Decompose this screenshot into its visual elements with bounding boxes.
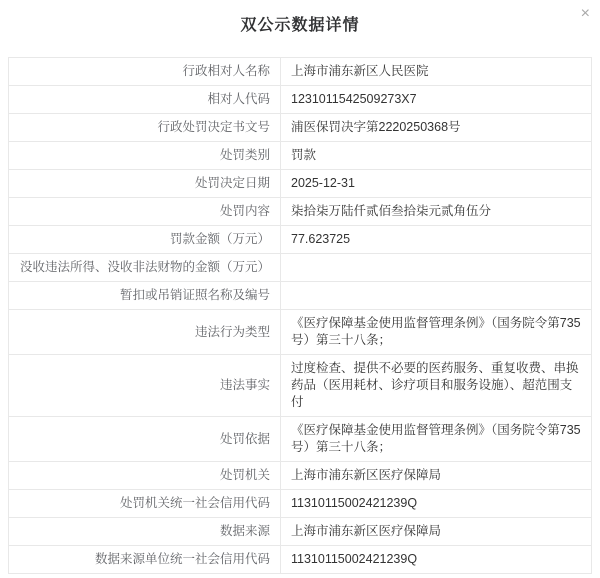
row-label: 暂扣或吊销证照名称及编号 [9, 282, 281, 310]
table-row: 处罚机关统一社会信用代码11310115002421239Q [9, 490, 592, 518]
row-label: 处罚决定日期 [9, 170, 281, 198]
row-label: 处罚机关统一社会信用代码 [9, 490, 281, 518]
row-value: 1231011542509273X7 [281, 86, 592, 114]
row-label: 处罚内容 [9, 198, 281, 226]
row-label: 处罚依据 [9, 417, 281, 462]
row-label: 数据来源 [9, 518, 281, 546]
table-row: 处罚依据《医疗保障基金使用监督管理条例》（国务院令第735号）第三十八条； [9, 417, 592, 462]
row-value: 77.623725 [281, 226, 592, 254]
row-value [281, 282, 592, 310]
table-row: 数据来源上海市浦东新区医疗保障局 [9, 518, 592, 546]
table-row: 处罚内容柒拾柒万陆仟贰佰叁拾柒元贰角伍分 [9, 198, 592, 226]
row-value: 上海市浦东新区医疗保障局 [281, 518, 592, 546]
row-value: 11310115002421239Q [281, 546, 592, 574]
row-label: 相对人代码 [9, 86, 281, 114]
row-label: 没收违法所得、没收非法财物的金额（万元） [9, 254, 281, 282]
row-label: 处罚类别 [9, 142, 281, 170]
row-label: 数据来源单位统一社会信用代码 [9, 546, 281, 574]
row-label: 违法事实 [9, 355, 281, 417]
row-label: 处罚机关 [9, 462, 281, 490]
table-row: 处罚类别罚款 [9, 142, 592, 170]
table-row: 处罚决定日期2025-12-31 [9, 170, 592, 198]
table-row: 行政处罚决定书文号浦医保罚决字第2220250368号 [9, 114, 592, 142]
row-label: 行政处罚决定书文号 [9, 114, 281, 142]
row-value: 11310115002421239Q [281, 490, 592, 518]
double-publicity-detail-dialog: × 双公示数据详情 行政相对人名称上海市浦东新区人民医院相对人代码1231011… [0, 0, 600, 578]
table-row: 罚款金额（万元）77.623725 [9, 226, 592, 254]
row-label: 违法行为类型 [9, 310, 281, 355]
dialog-title: 双公示数据详情 [0, 15, 600, 37]
table-row: 数据来源单位统一社会信用代码11310115002421239Q [9, 546, 592, 574]
table-row: 暂扣或吊销证照名称及编号 [9, 282, 592, 310]
row-value: 《医疗保障基金使用监督管理条例》（国务院令第735号）第三十八条； [281, 310, 592, 355]
penalty-detail-table: 行政相对人名称上海市浦东新区人民医院相对人代码1231011542509273X… [8, 57, 592, 574]
row-value: 上海市浦东新区人民医院 [281, 58, 592, 86]
row-value: 浦医保罚决字第2220250368号 [281, 114, 592, 142]
table-row: 处罚机关上海市浦东新区医疗保障局 [9, 462, 592, 490]
table-row: 行政相对人名称上海市浦东新区人民医院 [9, 58, 592, 86]
row-value: 上海市浦东新区医疗保障局 [281, 462, 592, 490]
close-icon[interactable]: × [581, 6, 590, 22]
row-value [281, 254, 592, 282]
row-value: 罚款 [281, 142, 592, 170]
table-row: 没收违法所得、没收非法财物的金额（万元） [9, 254, 592, 282]
table-row: 违法行为类型《医疗保障基金使用监督管理条例》（国务院令第735号）第三十八条； [9, 310, 592, 355]
row-value: 2025-12-31 [281, 170, 592, 198]
row-value: 《医疗保障基金使用监督管理条例》（国务院令第735号）第三十八条； [281, 417, 592, 462]
row-label: 罚款金额（万元） [9, 226, 281, 254]
row-label: 行政相对人名称 [9, 58, 281, 86]
row-value: 柒拾柒万陆仟贰佰叁拾柒元贰角伍分 [281, 198, 592, 226]
table-row: 相对人代码1231011542509273X7 [9, 86, 592, 114]
table-row: 违法事实过度检查、提供不必要的医药服务、重复收费、串换药品（医用耗材、诊疗项目和… [9, 355, 592, 417]
row-value: 过度检查、提供不必要的医药服务、重复收费、串换药品（医用耗材、诊疗项目和服务设施… [281, 355, 592, 417]
